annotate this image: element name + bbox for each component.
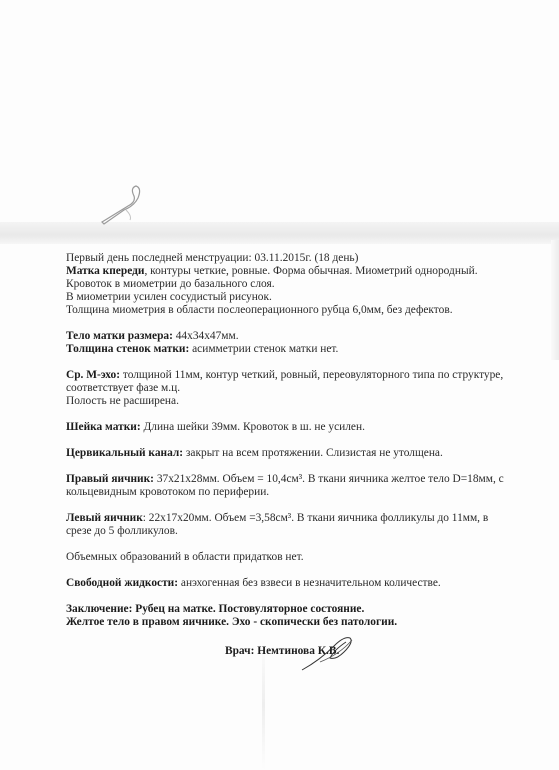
m-echo: Ср. М-эхо: толщиной 11мм, контур четкий,…: [66, 369, 506, 395]
cavity-line: Полость не расширена.: [66, 395, 506, 408]
wall-thickness: Толщина стенок матки: асимметрии стенок …: [66, 343, 506, 356]
signature-icon: [300, 632, 360, 672]
cervix: Шейка матки: Длина шейки 39мм. Кровоток …: [66, 421, 506, 434]
adnexa: Объемных образований в области придатков…: [66, 551, 506, 564]
paper-fold-edge: [551, 240, 559, 360]
paperclip-mark-icon: [98, 180, 158, 230]
free-fluid: Свободной жидкости: анэхогенная без взве…: [66, 577, 506, 590]
uterus-line: Толщина миометрия в области послеопераци…: [66, 304, 506, 317]
lmp-line: Первый день последней менструации: 03.11…: [66, 252, 506, 265]
conclusion-line-2: Желтое тело в правом яичнике. Эхо - скоп…: [66, 616, 506, 629]
uterus-line: Кровоток в миометрии до базального слоя.: [66, 278, 506, 291]
left-ovary: Левый яичник: 22x17x20мм. Объем =3,58см³…: [66, 512, 506, 538]
uterus-section: Матка кпереди, контуры четкие, ровные. Ф…: [66, 265, 506, 278]
body-size: Тело матки размера: 44x34x47мм.: [66, 330, 506, 343]
paper-crease: [262, 640, 265, 770]
right-ovary: Правый яичник: 37x21x28мм. Объем = 10,4с…: [66, 473, 506, 499]
scan-shadow-band: [0, 222, 559, 244]
cervical-canal: Цервикальный канал: закрыт на всем протя…: [66, 447, 506, 460]
conclusion-line-1: Заключение: Рубец на матке. Постовулятор…: [66, 603, 506, 616]
uterus-line: В миометрии усилен сосудистый рисунок.: [66, 291, 506, 304]
ultrasound-report: Первый день последней менструации: 03.11…: [66, 252, 506, 629]
